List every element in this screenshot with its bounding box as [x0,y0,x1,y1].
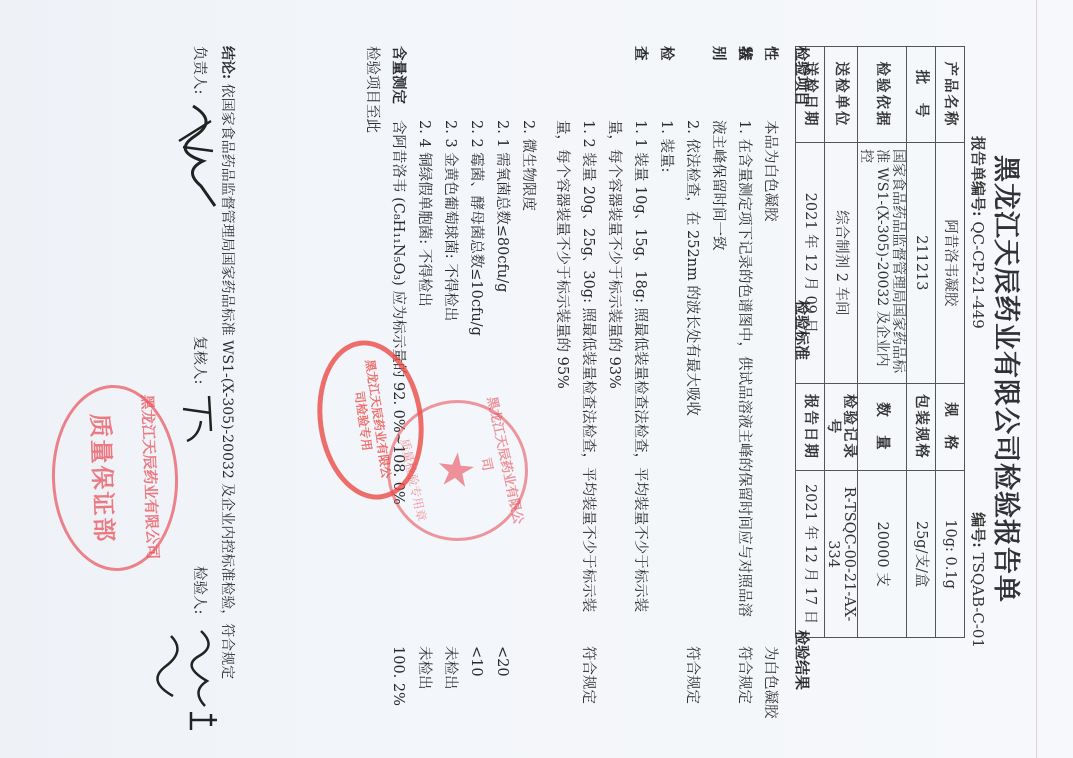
result-row: 1. 2 装量 20g、25g、30g: 照最低装量检查法检查，平均装量不少于标… [549,46,601,736]
signature-row: 负责人: 复核人: 检验人: [121,46,211,736]
result-row: 2. 2 霉菌、酵母菌总数≤10cfu/g <10 [463,46,489,736]
result-row: 2. 3 金黄色葡萄球菌: 不得检出 未检出 [437,46,463,736]
report-page: 黑龙江天辰药业有限公司检验报告单 报告单编号: QC-CP-21-449 编号:… [0,0,1073,758]
responsible-label: 负责人: [190,46,211,94]
reviewer-label: 复核人: [190,336,211,384]
header-item: 检验项目 [792,46,813,106]
result-row: 含量测定 含阿昔洛韦 (C₈H₁₁N₅O₃) 应为标示量的 92. 0%~108… [385,46,411,736]
report-number: 报告单编号: QC-CP-21-449 [968,136,989,329]
result-row: 性 状 本品为白色凝胶 为白色凝胶 [757,46,783,736]
result-row: 检 查 1. 装量: [653,46,679,736]
form-number: 编号: TSQAB-C-01 [968,512,989,648]
header-result: 检验结果 [792,630,813,690]
reviewer-signature [172,391,219,451]
result-row: 检验项目至此 [359,46,385,736]
result-row: 1. 1 装量 10g、15g、18g: 照最低装量检查法检查，平均装量不少于标… [601,46,653,736]
responsible-signature [166,101,223,211]
inspector-label: 检验人: [190,566,211,614]
scan-edge-line [1036,0,1037,758]
header-standard: 检验标准 [792,300,813,360]
table-row: 送检单位 综合制剂 2 车间 检验记录号 R-TSQC-00-21-AX-334 [825,47,858,638]
table-row: 批 号 211213 包装规格 25g/支/盒 [907,47,936,638]
result-row: 鉴 别 1. 在含量测定项下记录的色谱图中，供试品溶液主峰的保留时间应与对照品溶… [705,46,757,736]
result-row: 2. 依法检查，在 252nm 的波长处有最大吸收 符合规定 [679,46,705,736]
result-row: 2. 1 需氧菌总数≤80cfu/g <20 [489,46,515,736]
info-table: 产品名称 阿昔洛韦凝胶 规 格 10g: 0.1g 批 号 211213 包装规… [795,46,965,638]
results-list: 性 状 本品为白色凝胶 为白色凝胶 鉴 别 1. 在含量测定项下记录的色谱图中，… [359,46,783,736]
inspector-signature [134,626,221,736]
report-title: 黑龙江天辰药业有限公司检验报告单 [989,0,1028,758]
result-row: 2. 4 铜绿假单胞菌: 不得检出 未检出 [411,46,437,736]
table-row: 产品名称 阿昔洛韦凝胶 规 格 10g: 0.1g [936,47,965,638]
table-row: 检验依据 国家食品药品监督管理局国家药品标准 WS1-(X-305)-20032… [858,47,907,638]
result-row: 2. 微生物限度 [515,46,541,736]
